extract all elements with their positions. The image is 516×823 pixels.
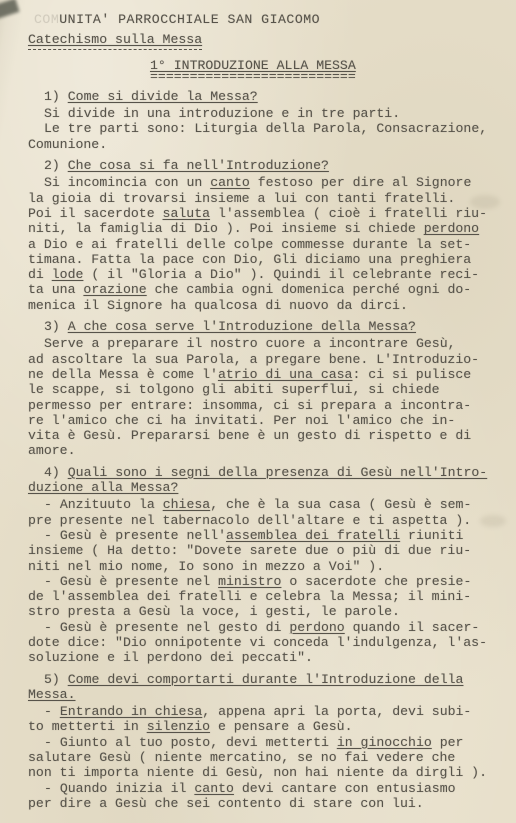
text-line: pre presente nel tabernacolo dell'altare… bbox=[28, 513, 502, 528]
text-run: riuniti bbox=[400, 528, 463, 543]
document-blocks: 1) Come si divide la Messa?Si divide in … bbox=[28, 89, 502, 811]
text-line: - Gesù è presente nell'assemblea dei fra… bbox=[28, 528, 502, 543]
text-run: pre presente nel tabernacolo dell'altare… bbox=[28, 513, 471, 528]
underlined-text: atrio di una casa bbox=[218, 367, 353, 382]
underlined-text: saluta bbox=[163, 206, 210, 221]
underlined-text: Come devi comportarti durante l'Introduz… bbox=[68, 672, 464, 687]
text-run: per bbox=[432, 735, 464, 750]
text-run: to metterti in bbox=[28, 719, 147, 734]
text-line: 2) Che cosa si fa nell'Introduzione? bbox=[28, 158, 502, 173]
text-run: vita è Gesù. Prepararsi bene è un gesto … bbox=[28, 428, 471, 443]
text-run: , appena apri la porta, devi subi- bbox=[202, 704, 471, 719]
text-run: ad ascoltare la sua Parola, a pregare be… bbox=[28, 352, 479, 367]
text-run: l'assemblea ( cioè i fratelli riu- bbox=[210, 206, 487, 221]
question-heading: 5) Come devi comportarti durante l'Intro… bbox=[28, 672, 502, 703]
text-run: di bbox=[28, 267, 52, 282]
underlined-text: ministro bbox=[218, 574, 281, 589]
text-line: - Anzituuto la chiesa, che è la sua casa… bbox=[28, 497, 502, 512]
text-run: : ci si pulisce bbox=[352, 367, 471, 382]
underlined-text: duzione alla Messa? bbox=[28, 480, 178, 495]
text-run: - Giunto al tuo posto, devi metterti bbox=[44, 735, 337, 750]
text-run: festoso per dire al Signore bbox=[250, 175, 472, 190]
text-run: la gioia di trovarsi insieme a lui con t… bbox=[28, 191, 455, 206]
text-line: non ti importa niente di Gesù, non hai n… bbox=[28, 765, 502, 780]
text-run: - Gesù è presente nell' bbox=[44, 528, 226, 543]
text-run: soluzione e il perdono dei peccati". bbox=[28, 650, 313, 665]
text-line: ta una orazione che cambia ogni domenica… bbox=[28, 282, 502, 297]
text-run: - Quando inizia il bbox=[44, 781, 194, 796]
text-line: Le tre parti sono: Liturgia della Parola… bbox=[28, 121, 502, 136]
text-run: per dire a Gesù che sei contento di star… bbox=[28, 796, 424, 811]
paragraph: - Entrando in chiesa, appena apri la por… bbox=[28, 704, 502, 811]
text-line: 4) Quali sono i segni della presenza di … bbox=[28, 465, 502, 480]
text-run: non ti importa niente di Gesù, non hai n… bbox=[28, 765, 487, 780]
text-run: - Anzituuto la bbox=[44, 497, 163, 512]
text-line: le scappe, si tolgono gli abiti superflu… bbox=[28, 382, 502, 397]
text-line: a Dio e ai fratelli delle colpe commesse… bbox=[28, 237, 502, 252]
text-line: - Giunto al tuo posto, devi metterti in … bbox=[28, 735, 502, 750]
paragraph: Si incomincia con un canto festoso per d… bbox=[28, 175, 502, 313]
question-heading: 2) Che cosa si fa nell'Introduzione? bbox=[28, 158, 502, 173]
text-run: stro presta a Gesù la voce, i gesti, le … bbox=[28, 604, 400, 619]
text-line: dote dice: "Dio onnipotente vi conceda l… bbox=[28, 635, 502, 650]
paragraph: Serve a preparare il nostro cuore a inco… bbox=[28, 336, 502, 458]
underlined-text: lode bbox=[52, 267, 84, 282]
text-line: per dire a Gesù che sei contento di star… bbox=[28, 796, 502, 811]
underlined-text: orazione bbox=[83, 282, 146, 297]
text-line: vita è Gesù. Prepararsi bene è un gesto … bbox=[28, 428, 502, 443]
heading-underline-row: ========================== bbox=[28, 73, 502, 81]
text-line: re l'amico che ci ha invitati. Per noi l… bbox=[28, 413, 502, 428]
text-line: - Gesù è presente nel ministro o sacerdo… bbox=[28, 574, 502, 589]
text-line: timana. Fatta la pace con Dio, Gli dicia… bbox=[28, 252, 502, 267]
text-line: Comunione. bbox=[28, 137, 502, 152]
text-line: la gioia di trovarsi insieme a lui con t… bbox=[28, 191, 502, 206]
text-run: ( il "Gloria a Dio" ). Quindi il celebra… bbox=[83, 267, 479, 282]
org-title-faded-prefix: COM bbox=[34, 12, 59, 27]
underlined-text: chiesa bbox=[163, 497, 210, 512]
text-line: 1) Come si divide la Messa? bbox=[28, 89, 502, 104]
question-heading: 3) A che cosa serve l'Introduzione della… bbox=[28, 319, 502, 334]
text-line: di lode ( il "Gloria a Dio" ). Quindi il… bbox=[28, 267, 502, 282]
doc-subtitle: Catechismo sulla Messa bbox=[28, 32, 502, 47]
text-run: - Gesù è presente nel gesto di bbox=[44, 620, 289, 635]
text-run: dote dice: "Dio onnipotente vi conceda l… bbox=[28, 635, 487, 650]
question-heading: 4) Quali sono i segni della presenza di … bbox=[28, 465, 502, 496]
text-line: - Gesù è presente nel gesto di perdono q… bbox=[28, 620, 502, 635]
text-line: menica il Signore ha qualcosa di nuovo d… bbox=[28, 298, 502, 313]
text-run: , che è la sua casa ( Gesù è sem- bbox=[210, 497, 471, 512]
underlined-text: Quali sono i segni della presenza di Ges… bbox=[68, 465, 487, 480]
text-line: Poi il sacerdote saluta l'assemblea ( ci… bbox=[28, 206, 502, 221]
underlined-text: silenzio bbox=[147, 719, 210, 734]
text-run: permesso per entrare: insomma, ci si pre… bbox=[28, 398, 471, 413]
text-line: permesso per entrare: insomma, ci si pre… bbox=[28, 398, 502, 413]
org-title: COMUNITA' PARROCCHIALE SAN GIACOMO bbox=[28, 12, 502, 27]
text-line: 5) Come devi comportarti durante l'Intro… bbox=[28, 672, 502, 687]
scanned-document-page: COMUNITA' PARROCCHIALE SAN GIACOMO Catec… bbox=[0, 0, 516, 823]
text-run: 1) bbox=[44, 89, 68, 104]
underlined-text: canto bbox=[210, 175, 250, 190]
text-run: che cambia ogni domenica perché ogni do- bbox=[147, 282, 471, 297]
text-run: de l'assemblea dei fratelli e celebra la… bbox=[28, 589, 471, 604]
text-run: devi cantare con entusiasmo bbox=[234, 781, 456, 796]
underlined-text: in ginocchio bbox=[337, 735, 432, 750]
text-line: ne della Messa è come l'atrio di una cas… bbox=[28, 367, 502, 382]
text-run: niti nel mio nome, Io sono in mezzo a Vo… bbox=[28, 559, 384, 574]
underlined-text: assemblea dei fratelli bbox=[226, 528, 400, 543]
text-run: niti, la famiglia di Dio ). Poi insieme … bbox=[28, 221, 424, 236]
text-line: de l'assemblea dei fratelli e celebra la… bbox=[28, 589, 502, 604]
text-run: le scappe, si tolgono gli abiti superflu… bbox=[28, 382, 440, 397]
text-line: - Entrando in chiesa, appena apri la por… bbox=[28, 704, 502, 719]
text-line: ad ascoltare la sua Parola, a pregare be… bbox=[28, 352, 502, 367]
text-run: 5) bbox=[44, 672, 68, 687]
text-run: Comunione. bbox=[28, 137, 107, 152]
underlined-text: A che cosa serve l'Introduzione della Me… bbox=[68, 319, 416, 334]
text-line: stro presta a Gesù la voce, i gesti, le … bbox=[28, 604, 502, 619]
text-line: - Quando inizia il canto devi cantare co… bbox=[28, 781, 502, 796]
org-title-text: UNITA' PARROCCHIALE SAN GIACOMO bbox=[59, 12, 320, 27]
doc-subtitle-text: Catechismo sulla Messa bbox=[28, 32, 202, 50]
text-run: - bbox=[44, 704, 60, 719]
paragraph: Si divide in una introduzione e in tre p… bbox=[28, 106, 502, 152]
text-run: menica il Signore ha qualcosa di nuovo d… bbox=[28, 298, 408, 313]
question-heading: 1) Come si divide la Messa? bbox=[28, 89, 502, 104]
text-line: amore. bbox=[28, 443, 502, 458]
text-line: soluzione e il perdono dei peccati". bbox=[28, 650, 502, 665]
underlined-text: Entrando in chiesa bbox=[60, 704, 202, 719]
text-run: o sacerdote che presie- bbox=[281, 574, 471, 589]
text-run: ta una bbox=[28, 282, 83, 297]
text-line: to metterti in silenzio e pensare a Gesù… bbox=[28, 719, 502, 734]
text-run: re l'amico che ci ha invitati. Per noi l… bbox=[28, 413, 455, 428]
paragraph: - Anzituuto la chiesa, che è la sua casa… bbox=[28, 497, 502, 665]
underlined-text: canto bbox=[194, 781, 234, 796]
text-run: Si divide in una introduzione e in tre p… bbox=[44, 106, 400, 121]
text-run: Poi il sacerdote bbox=[28, 206, 163, 221]
text-run: ne della Messa è come l' bbox=[28, 367, 218, 382]
text-run: quando il sacer- bbox=[345, 620, 480, 635]
underlined-text: Messa. bbox=[28, 687, 75, 702]
text-run: e pensare a Gesù. bbox=[210, 719, 352, 734]
text-run: a Dio e ai fratelli delle colpe commesse… bbox=[28, 237, 471, 252]
text-run: timana. Fatta la pace con Dio, Gli dicia… bbox=[28, 252, 471, 267]
text-line: Si divide in una introduzione e in tre p… bbox=[28, 106, 502, 121]
text-line: Serve a preparare il nostro cuore a inco… bbox=[28, 336, 502, 351]
text-line: niti, la famiglia di Dio ). Poi insieme … bbox=[28, 221, 502, 236]
text-run: Si incomincia con un bbox=[44, 175, 210, 190]
text-line: 3) A che cosa serve l'Introduzione della… bbox=[28, 319, 502, 334]
text-line: duzione alla Messa? bbox=[28, 480, 502, 495]
text-run: 2) bbox=[44, 158, 68, 173]
underlined-text: perdono bbox=[424, 221, 479, 236]
text-line: salutare Gesù ( niente mercatino, se no … bbox=[28, 750, 502, 765]
text-run: amore. bbox=[28, 443, 75, 458]
text-run: Le tre parti sono: Liturgia della Parola… bbox=[44, 121, 487, 136]
underlined-text: perdono bbox=[289, 620, 344, 635]
underlined-text: Che cosa si fa nell'Introduzione? bbox=[68, 158, 329, 173]
text-line: Si incomincia con un canto festoso per d… bbox=[28, 175, 502, 190]
text-run: insieme ( Ha detto: "Dovete sarete due o… bbox=[28, 543, 471, 558]
text-line: niti nel mio nome, Io sono in mezzo a Vo… bbox=[28, 559, 502, 574]
text-run: 4) bbox=[44, 465, 68, 480]
underlined-text: Come si divide la Messa? bbox=[68, 89, 258, 104]
text-run: 3) bbox=[44, 319, 68, 334]
text-run: salutare Gesù ( niente mercatino, se no … bbox=[28, 750, 455, 765]
text-line: Messa. bbox=[28, 687, 502, 702]
document-body: COMUNITA' PARROCCHIALE SAN GIACOMO Catec… bbox=[0, 0, 516, 811]
text-run: - Gesù è presente nel bbox=[44, 574, 218, 589]
text-run: Serve a preparare il nostro cuore a inco… bbox=[44, 336, 456, 351]
text-line: insieme ( Ha detto: "Dovete sarete due o… bbox=[28, 543, 502, 558]
